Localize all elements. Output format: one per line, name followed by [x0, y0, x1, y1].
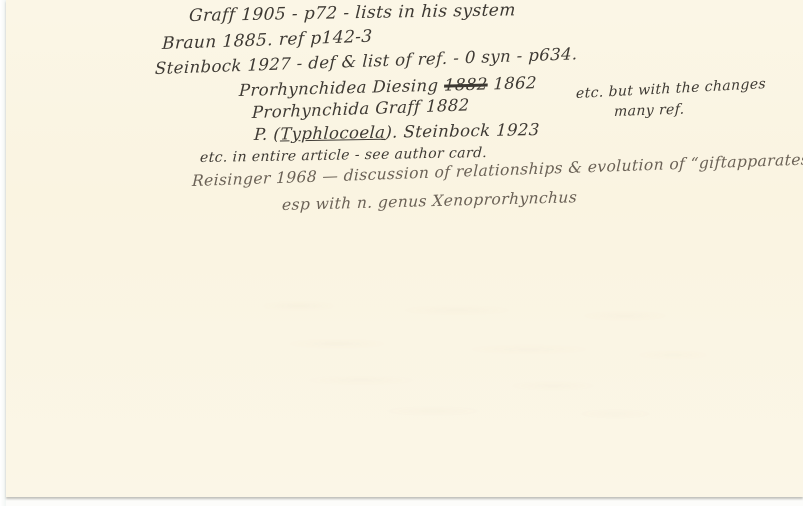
handwritten-entry-typhlocoela-steinbock: P. (Typhlocoela). Steinbock 1923 [254, 120, 541, 144]
underlined-genus-name: Typhlocoela [280, 123, 386, 144]
entry-text-prefix: P. ( [254, 125, 281, 144]
entry-text-after-correction: 1862 [487, 73, 537, 93]
struck-out-year: 1882 [444, 74, 488, 94]
handwritten-entry-prorhynchida-graff: Prorhynchida Graff 1882 [252, 95, 470, 122]
handwritten-side-note-line1: etc. but with the changes [576, 76, 766, 102]
handwritten-side-note-line2: many ref. [614, 102, 685, 120]
handwritten-entry-reisinger-continued: esp with n. genus Xenoprorhynchus [282, 188, 578, 214]
entry-text-suffix: ). Steinbock 1923 [385, 120, 540, 142]
handwritten-entry-prorhynchidea-diesing: Prorhynchidea Diesing 1882 1862 [239, 73, 538, 100]
ink-bleed-through-texture [241, 285, 721, 425]
scanned-page: Graff 1905 - p72 - lists in his system B… [0, 0, 803, 506]
handwritten-entry-braun-1885: Braun 1885. ref p142-3 [162, 27, 373, 54]
index-card: Graff 1905 - p72 - lists in his system B… [6, 0, 803, 497]
handwritten-entry-graff-1905: Graff 1905 - p72 - lists in his system [188, 0, 516, 26]
